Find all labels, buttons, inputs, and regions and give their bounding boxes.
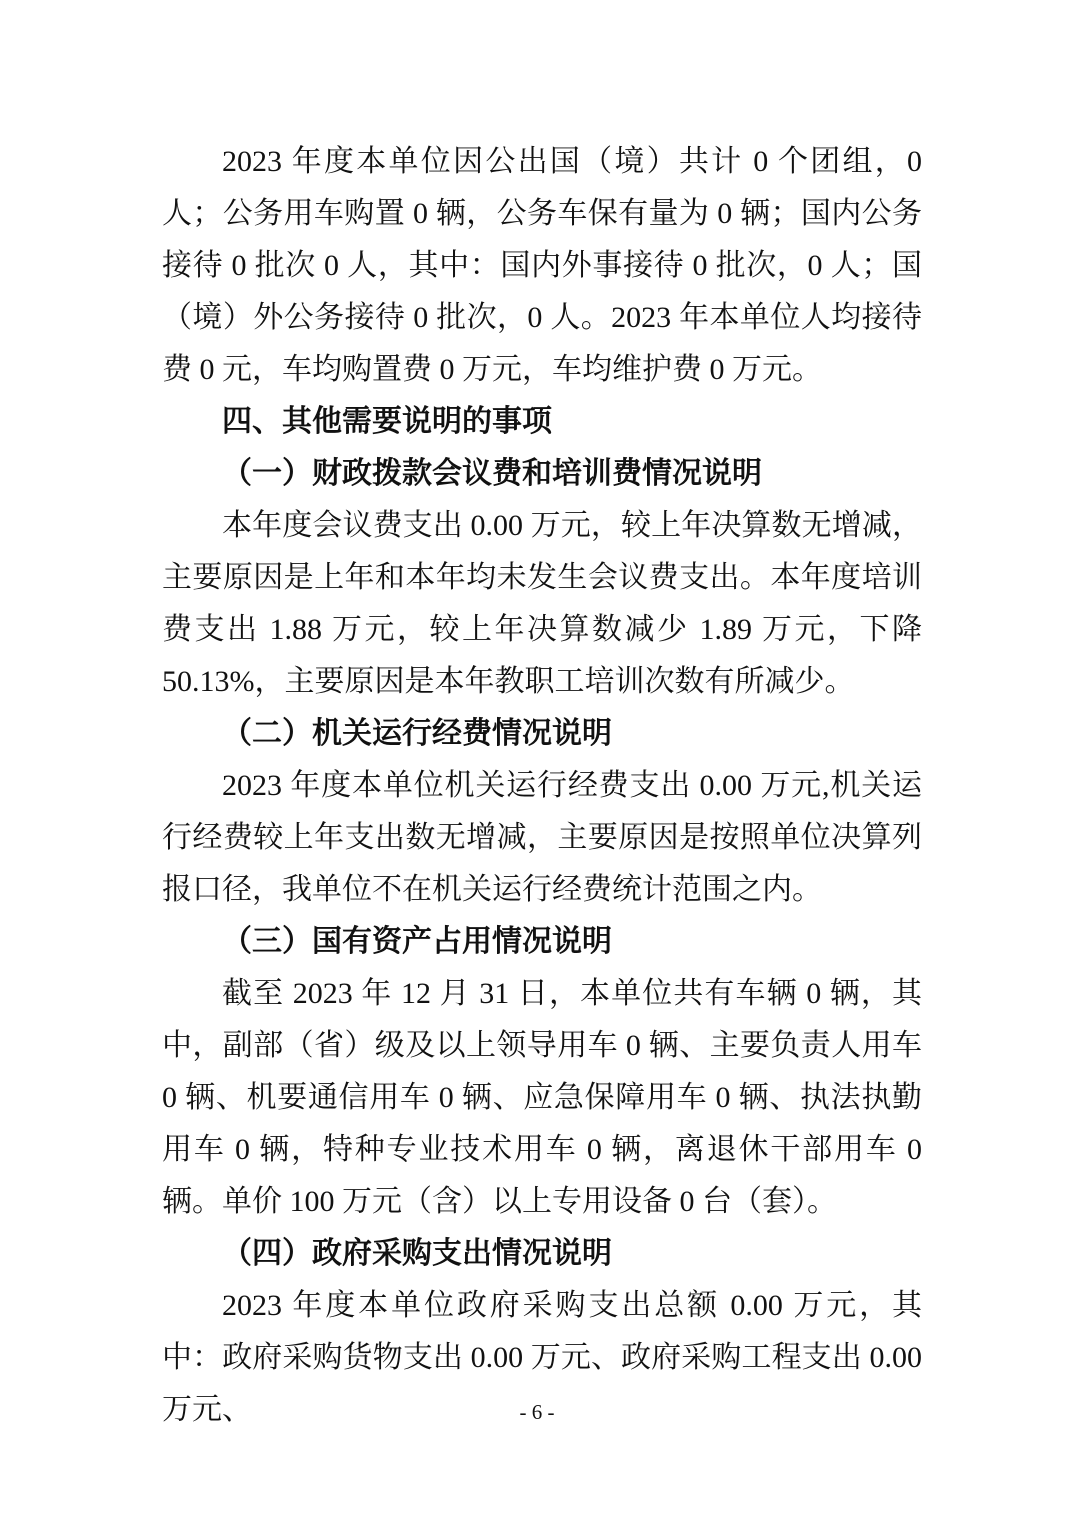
document-body: 2023 年度本单位因公出国（境）共计 0 个团组，0 人；公务用车购置 0 辆… bbox=[162, 136, 922, 1436]
document-page: 2023 年度本单位因公出国（境）共计 0 个团组，0 人；公务用车购置 0 辆… bbox=[0, 0, 1074, 1520]
paragraph-operating-funds: 2023 年度本单位机关运行经费支出 0.00 万元,机关运行经费较上年支出数无… bbox=[162, 760, 922, 916]
sub-heading-state-assets: （三）国有资产占用情况说明 bbox=[162, 916, 922, 968]
section-heading-other-matters: 四、其他需要说明的事项 bbox=[162, 396, 922, 448]
paragraph-meeting-training-fees: 本年度会议费支出 0.00 万元，较上年决算数无增减，主要原因是上年和本年均未发… bbox=[162, 500, 922, 708]
sub-heading-operating-funds: （二）机关运行经费情况说明 bbox=[162, 708, 922, 760]
paragraph-sangong-summary: 2023 年度本单位因公出国（境）共计 0 个团组，0 人；公务用车购置 0 辆… bbox=[162, 136, 922, 396]
sub-heading-government-procurement: （四）政府采购支出情况说明 bbox=[162, 1228, 922, 1280]
page-number: - 6 - bbox=[0, 1399, 1074, 1425]
sub-heading-meeting-training-fees: （一）财政拨款会议费和培训费情况说明 bbox=[162, 448, 922, 500]
paragraph-state-assets: 截至 2023 年 12 月 31 日，本单位共有车辆 0 辆，其中，副部（省）… bbox=[162, 968, 922, 1228]
